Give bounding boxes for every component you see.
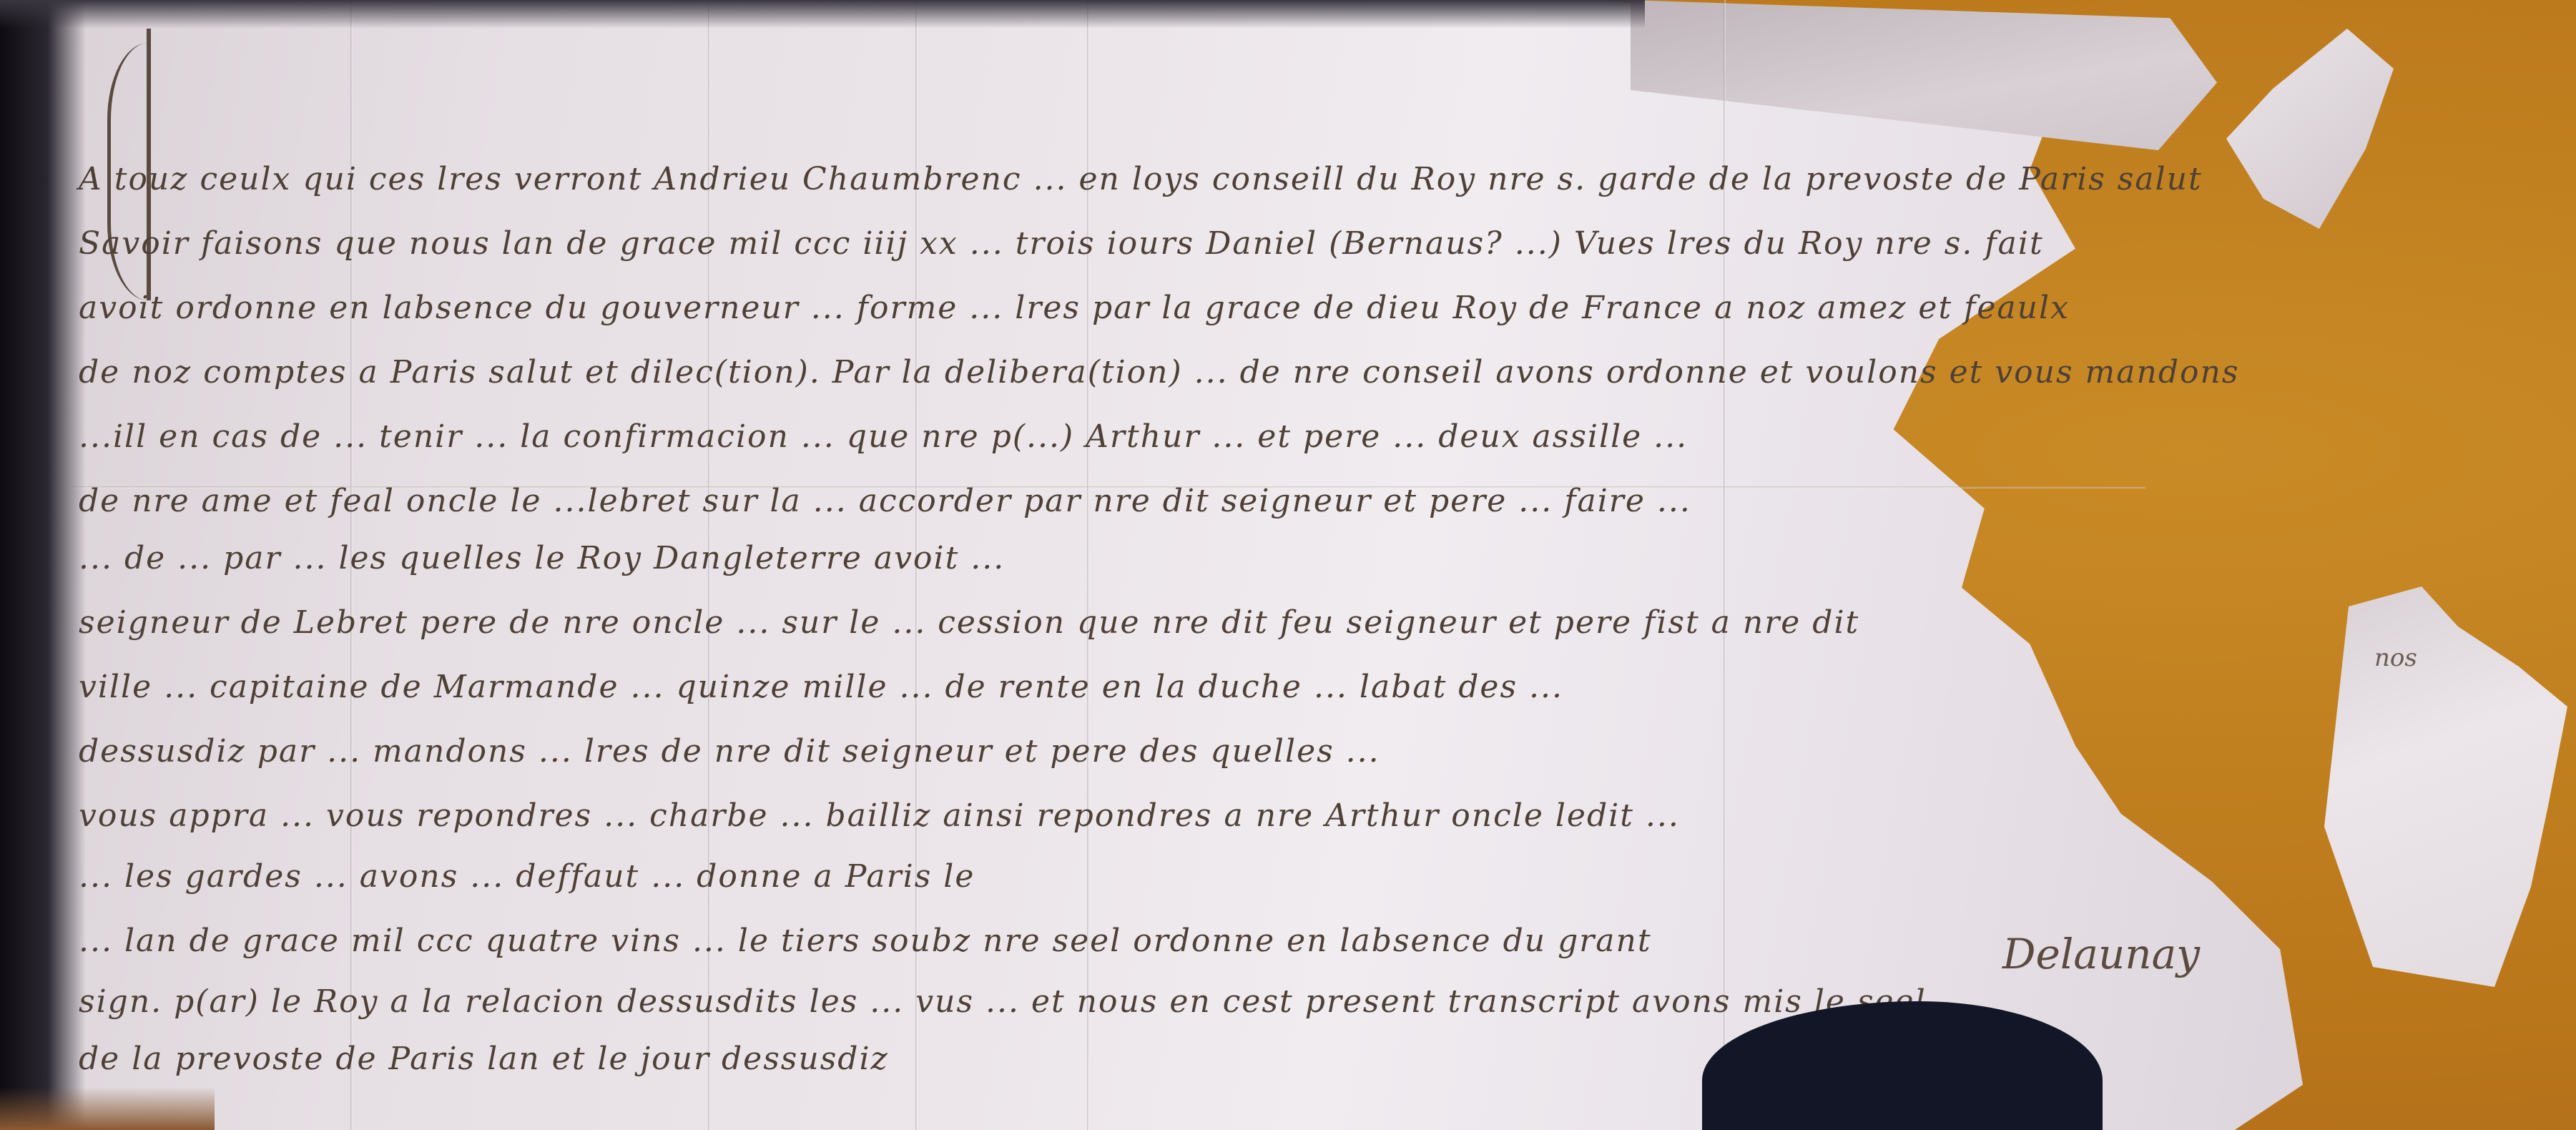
- text-line: ... lan de grace mil ccc quatre vins ...…: [79, 923, 1652, 959]
- text-line: dessusdiz par ... mandons ... lres de nr…: [79, 733, 1380, 770]
- text-line: seigneur de Lebret pere de nre oncle ...…: [79, 604, 1859, 641]
- text-line: A touz ceulx qui ces lres verront Andrie…: [79, 161, 2203, 197]
- torn-fragment-top-right: [2217, 29, 2403, 229]
- text-line: sign. p(ar) le Roy a la relacion dessusd…: [79, 983, 1927, 1020]
- text-line: ... de ... par ... les quelles le Roy Da…: [79, 540, 1005, 576]
- edge-shadow-top: [0, 0, 1645, 29]
- text-line: ... les gardes ... avons ... deffaut ...…: [79, 858, 975, 895]
- text-line: Savoir faisons que nous lan de grace mil…: [79, 225, 2044, 262]
- text-line: de noz comptes a Paris salut et dilec(ti…: [79, 354, 2239, 390]
- text-line: vous appra ... vous repondres ... charbe…: [79, 797, 1680, 834]
- torn-fragment-bottom-right: [2324, 586, 2567, 987]
- table-corner: [0, 1087, 215, 1130]
- fragment-text: nos: [2374, 644, 2417, 672]
- text-line: de nre ame et feal oncle le ...lebret su…: [79, 483, 1691, 519]
- text-line: ville ... capitaine de Marmande ... quin…: [79, 669, 1563, 705]
- edge-shadow: [0, 0, 86, 1130]
- text-line: de la prevoste de Paris lan et le jour d…: [79, 1041, 889, 1077]
- text-line: ...ill en cas de ... tenir ... la confir…: [79, 418, 1688, 455]
- text-line: avoit ordonne en labsence du gouverneur …: [79, 290, 2070, 326]
- notary-signature: Delaunay: [2002, 930, 2200, 978]
